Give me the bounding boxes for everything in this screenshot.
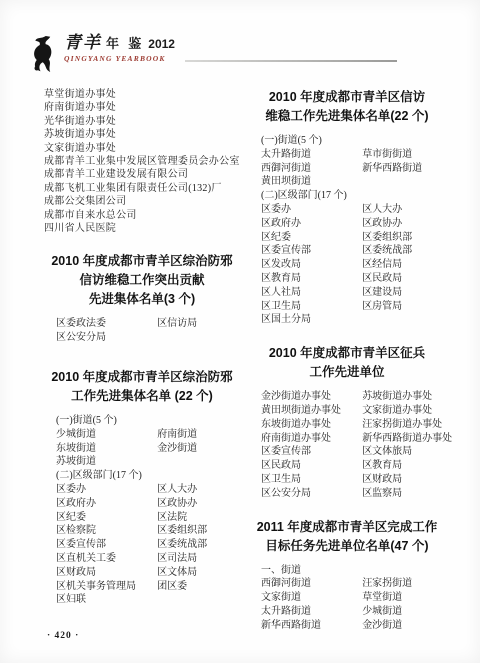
yearbook-logo-icon <box>30 34 60 74</box>
list-item: 府南街道办事处 <box>44 101 240 114</box>
table-row: 西御河街道新华西路街道 <box>261 162 445 176</box>
award-section: 2011 年度成都市青羊区完成工作目标任务先进单位名单(47 个)一、街道西御河… <box>249 518 445 633</box>
org-name: 少城街道 <box>56 428 157 442</box>
logo-year: 2012 <box>148 37 175 51</box>
section-title: 2010 年度成都市青羊区综治防邪工作先进集体名单 (22 个) <box>44 368 240 406</box>
table-row: 区政府办区政协办 <box>56 497 240 511</box>
org-name: 区民政局 <box>362 272 402 286</box>
org-name: 区委宣传部 <box>261 445 362 459</box>
org-name: 区政府办 <box>56 497 157 511</box>
list-item: 成都青羊工业集中发展区管理委员会办公室 <box>44 155 240 168</box>
org-name: 西御河街道 <box>261 162 362 176</box>
org-name: 东坡街道 <box>56 442 157 456</box>
org-name: 区政协办 <box>362 217 402 231</box>
header-divider <box>185 60 397 62</box>
section-title-line: 工作先进单位 <box>249 363 445 382</box>
list-item: 四川省人民医院 <box>44 222 240 235</box>
org-name: 区财政局 <box>56 566 157 580</box>
logo-title: 青羊 年 鉴 2012 <box>64 34 175 52</box>
section-title-line: 2010 年度成都市青羊区信访 <box>249 88 445 107</box>
table-row: 区卫生局区房管局 <box>261 300 445 314</box>
org-name: 区委办 <box>56 483 157 497</box>
org-name: 文家街道办事处 <box>362 404 432 418</box>
org-name: 区房管局 <box>362 300 402 314</box>
org-name: 黄田坝街道 <box>261 175 362 189</box>
org-name: 区政协办 <box>157 497 197 511</box>
logo-title-cn: 青羊 <box>64 33 102 52</box>
org-name: 区经信局 <box>362 258 402 272</box>
table-row: 文家街道草堂街道 <box>261 591 445 605</box>
org-name: 区政府办 <box>261 217 362 231</box>
org-name: 区人社局 <box>261 286 362 300</box>
org-name: 苏坡街道 <box>56 455 157 469</box>
section-body: 金沙街道办事处苏坡街道办事处黄田坝街道办事处文家街道办事处东坡街道办事处汪家拐街… <box>249 390 445 500</box>
group-label: (一)街道(5 个) <box>56 414 240 428</box>
table-row: 东坡街道金沙街道 <box>56 442 240 456</box>
table-row: 西御河街道汪家拐街道 <box>261 577 445 591</box>
section-title: 2010 年度成都市青羊区征兵工作先进单位 <box>249 344 445 382</box>
table-row: 区人社局区建设局 <box>261 286 445 300</box>
logo-title-cn2: 年 鉴 <box>106 36 144 51</box>
section-body: (一)街道(5 个)太升路街道草市街街道西御河街道新华西路街道黄田坝街道(二)区… <box>249 134 445 327</box>
org-name: 区公安分局 <box>261 487 362 501</box>
org-name: 区委组织部 <box>157 524 207 538</box>
table-row: 区发改局区经信局 <box>261 258 445 272</box>
table-row: 区委宣传部区委统战部 <box>56 538 240 552</box>
table-row: 区教育局区民政局 <box>261 272 445 286</box>
organization-list: 草堂街道办事处府南街道办事处光华街道办事处苏坡街道办事处文家街道办事处成都青羊工… <box>44 88 240 235</box>
list-item: 苏坡街道办事处 <box>44 128 240 141</box>
org-name: 区人大办 <box>362 203 402 217</box>
org-name: 区卫生局 <box>261 300 362 314</box>
table-row: 黄田坝街道办事处文家街道办事处 <box>261 404 445 418</box>
section-title-line: 先进集体名单(3 个) <box>44 290 240 309</box>
section-title-line: 2010 年度成都市青羊区综治防邪 <box>44 368 240 387</box>
org-name: 区教育局 <box>261 272 362 286</box>
list-item: 成都飞机工业集团有限责任公司(132)厂 <box>44 182 240 195</box>
table-row: 金沙街道办事处苏坡街道办事处 <box>261 390 445 404</box>
org-name: 区委政法委 <box>56 317 157 331</box>
org-name: 金沙街道 <box>362 619 402 633</box>
org-name: 府南街道办事处 <box>261 432 362 446</box>
content-columns: 草堂街道办事处府南街道办事处光华街道办事处苏坡街道办事处文家街道办事处成都青羊工… <box>44 88 445 633</box>
group-label: 一、街道 <box>261 564 445 578</box>
logo-text: 青羊 年 鉴 2012 QINGYANG YEARBOOK <box>64 34 175 63</box>
table-row: 府南街道办事处新华西路街道办事处 <box>261 432 445 446</box>
org-name: 苏坡街道办事处 <box>362 390 432 404</box>
left-column: 草堂街道办事处府南街道办事处光华街道办事处苏坡街道办事处文家街道办事处成都青羊工… <box>44 88 240 633</box>
org-name: 区建设局 <box>362 286 402 300</box>
table-row: 区委政法委区信访局 <box>56 317 240 331</box>
org-name: 区检察院 <box>56 524 157 538</box>
org-name: 区文体旅局 <box>362 445 412 459</box>
org-name: 文家街道 <box>261 591 362 605</box>
group-label: (二)区级部门(17 个) <box>261 189 445 203</box>
section-title-line: 工作先进集体名单 (22 个) <box>44 387 240 406</box>
list-item: 文家街道办事处 <box>44 142 240 155</box>
table-row: 区国土分局 <box>261 313 445 327</box>
org-name: 区信访局 <box>157 317 197 331</box>
org-name: 区人大办 <box>157 483 197 497</box>
org-name: 金沙街道 <box>157 442 197 456</box>
award-section: 2010 年度成都市青羊区征兵工作先进单位金沙街道办事处苏坡街道办事处黄田坝街道… <box>249 344 445 500</box>
org-name: 东坡街道办事处 <box>261 418 362 432</box>
org-name: 区委统战部 <box>157 538 207 552</box>
org-name: 草堂街道 <box>362 591 402 605</box>
list-item: 成都市自来水总公司 <box>44 209 240 222</box>
section-title-line: 维稳工作先进集体名单(22 个) <box>249 107 445 126</box>
org-name: 汪家拐街道办事处 <box>362 418 442 432</box>
org-name: 团区委 <box>157 580 187 594</box>
list-item: 光华街道办事处 <box>44 115 240 128</box>
org-name: 区卫生局 <box>261 473 362 487</box>
org-name: 草市街街道 <box>362 148 412 162</box>
org-name: 新华西路街道 <box>362 162 422 176</box>
org-name: 太升路街道 <box>261 148 362 162</box>
table-row: 区委办区人大办 <box>261 203 445 217</box>
org-name: 区机关事务管理局 <box>56 580 157 594</box>
table-row: 区财政局区文体局 <box>56 566 240 580</box>
org-name: 区委办 <box>261 203 362 217</box>
table-row: 区委宣传部区文体旅局 <box>261 445 445 459</box>
table-row: 区检察院区委组织部 <box>56 524 240 538</box>
org-name: 府南街道 <box>157 428 197 442</box>
award-section: 2010 年度成都市青羊区综治防邪信访维稳工作突出贡献先进集体名单(3 个)区委… <box>44 252 240 345</box>
section-body: 一、街道西御河街道汪家拐街道文家街道草堂街道太升路街道少城街道新华西路街道金沙街… <box>249 564 445 633</box>
table-row: 新华西路街道金沙街道 <box>261 619 445 633</box>
table-row: 区卫生局区财政局 <box>261 473 445 487</box>
section-title-line: 信访维稳工作突出贡献 <box>44 271 240 290</box>
award-section: 2010 年度成都市青羊区信访维稳工作先进集体名单(22 个)(一)街道(5 个… <box>249 88 445 327</box>
org-name: 区纪委 <box>261 231 362 245</box>
section-title-line: 目标任务先进单位名单(47 个) <box>249 537 445 556</box>
table-row: 区公安分局区监察局 <box>261 487 445 501</box>
left-sections: 2010 年度成都市青羊区综治防邪信访维稳工作突出贡献先进集体名单(3 个)区委… <box>44 252 240 607</box>
section-title: 2011 年度成都市青羊区完成工作目标任务先进单位名单(47 个) <box>249 518 445 556</box>
org-name: 区纪委 <box>56 511 157 525</box>
org-name: 黄田坝街道办事处 <box>261 404 362 418</box>
org-name: 区监察局 <box>362 487 402 501</box>
list-item: 成都青羊工业建设发展有限公司 <box>44 168 240 181</box>
table-row: 区直机关工委区司法局 <box>56 552 240 566</box>
table-row: 少城街道府南街道 <box>56 428 240 442</box>
group-label: (二)区级部门(17 个) <box>56 469 240 483</box>
table-row: 区公安分局 <box>56 331 240 345</box>
org-name: 区委宣传部 <box>56 538 157 552</box>
section-body: (一)街道(5 个)少城街道府南街道东坡街道金沙街道苏坡街道(二)区级部门(17… <box>44 414 240 607</box>
org-name: 区公安分局 <box>56 331 157 345</box>
org-name: 区文体局 <box>157 566 197 580</box>
section-title-line: 2010 年度成都市青羊区征兵 <box>249 344 445 363</box>
org-name: 区教育局 <box>362 459 402 473</box>
page-header: 青羊 年 鉴 2012 QINGYANG YEARBOOK <box>30 34 445 78</box>
org-name: 区妇联 <box>56 593 157 607</box>
org-name: 区财政局 <box>362 473 402 487</box>
org-name: 区民政局 <box>261 459 362 473</box>
org-name: 汪家拐街道 <box>362 577 412 591</box>
org-name: 区发改局 <box>261 258 362 272</box>
table-row: 太升路街道少城街道 <box>261 605 445 619</box>
org-name: 太升路街道 <box>261 605 362 619</box>
org-name: 区国土分局 <box>261 313 362 327</box>
org-name: 西御河街道 <box>261 577 362 591</box>
table-row: 区纪委区委组织部 <box>261 231 445 245</box>
section-title-line: 2010 年度成都市青羊区综治防邪 <box>44 252 240 271</box>
org-name: 区直机关工委 <box>56 552 157 566</box>
logo-subtitle: QINGYANG YEARBOOK <box>64 55 175 63</box>
table-row: 东坡街道办事处汪家拐街道办事处 <box>261 418 445 432</box>
org-name: 区司法局 <box>157 552 197 566</box>
table-row: 区机关事务管理局团区委 <box>56 580 240 594</box>
org-name: 新华西路街道办事处 <box>362 432 452 446</box>
list-item: 成都公交集团公司 <box>44 195 240 208</box>
list-item: 草堂街道办事处 <box>44 88 240 101</box>
org-name: 区委组织部 <box>362 231 412 245</box>
section-title: 2010 年度成都市青羊区信访维稳工作先进集体名单(22 个) <box>249 88 445 126</box>
award-section: 2010 年度成都市青羊区综治防邪工作先进集体名单 (22 个)(一)街道(5 … <box>44 368 240 607</box>
table-row: 区民政局区教育局 <box>261 459 445 473</box>
section-title: 2010 年度成都市青羊区综治防邪信访维稳工作突出贡献先进集体名单(3 个) <box>44 252 240 309</box>
table-row: 太升路街道草市街街道 <box>261 148 445 162</box>
table-row: 区政府办区政协办 <box>261 217 445 231</box>
table-row: 区委办区人大办 <box>56 483 240 497</box>
page-number: · 420 · <box>47 631 79 641</box>
table-row: 黄田坝街道 <box>261 175 445 189</box>
org-name: 区法院 <box>157 511 187 525</box>
table-row: 区妇联 <box>56 593 240 607</box>
yearbook-page: 青羊 年 鉴 2012 QINGYANG YEARBOOK 草堂街道办事处府南街… <box>0 0 480 663</box>
section-body: 区委政法委区信访局区公安分局 <box>44 317 240 345</box>
org-name: 区委统战部 <box>362 244 412 258</box>
table-row: 苏坡街道 <box>56 455 240 469</box>
table-row: 区委宣传部区委统战部 <box>261 244 445 258</box>
org-name: 新华西路街道 <box>261 619 362 633</box>
right-sections: 2010 年度成都市青羊区信访维稳工作先进集体名单(22 个)(一)街道(5 个… <box>249 88 445 633</box>
org-name: 区委宣传部 <box>261 244 362 258</box>
org-name: 金沙街道办事处 <box>261 390 362 404</box>
section-title-line: 2011 年度成都市青羊区完成工作 <box>249 518 445 537</box>
table-row: 区纪委区法院 <box>56 511 240 525</box>
org-name: 少城街道 <box>362 605 402 619</box>
right-column: 2010 年度成都市青羊区信访维稳工作先进集体名单(22 个)(一)街道(5 个… <box>249 88 445 633</box>
group-label: (一)街道(5 个) <box>261 134 445 148</box>
